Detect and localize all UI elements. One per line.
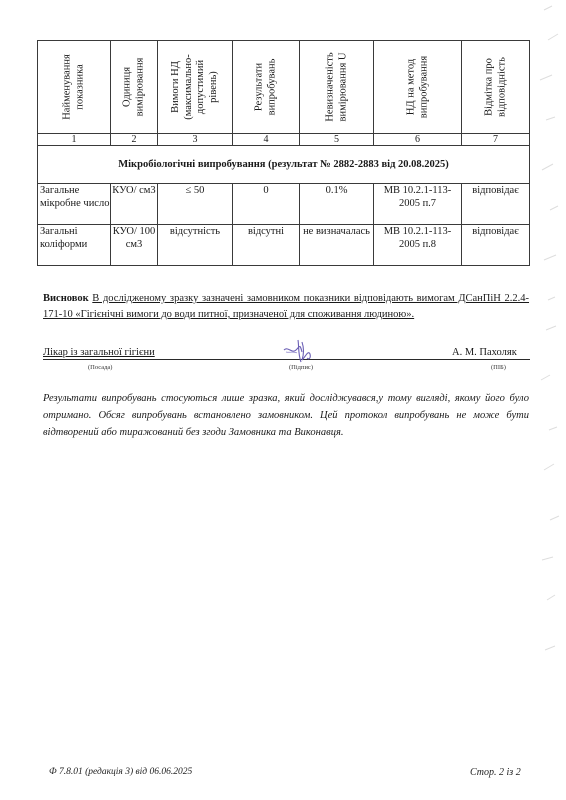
conclusion-text: В дослідженому зразку зазначені замовник… [43, 293, 529, 320]
table-row: Загальне мікробне число КУО/ см3 ≤ 50 0 … [38, 184, 530, 225]
handwritten-signature-icon [282, 338, 322, 364]
cell-indicator: Загальне мікробне число [38, 184, 111, 225]
table-header-row: Найменування показника Одиниця вимірюван… [38, 41, 530, 134]
header-uncertainty: Невизначеність вимірювання U [324, 43, 349, 131]
header-cell: Результати випробувань [233, 41, 300, 134]
signature-caption: (Підпис) [289, 364, 313, 371]
header-cell: Невизначеність вимірювання U [300, 41, 374, 134]
signatory-name: А. М. Пахоляк [452, 347, 517, 358]
cell-uncertainty: 0.1% [300, 184, 374, 225]
header-cell: Відмітка про відповідність [462, 41, 530, 134]
form-reference: Ф 7.8.01 (редакція 3) від 06.06.2025 [49, 767, 192, 777]
header-cell: Одиниця вимірювання [111, 41, 158, 134]
conclusion-label: Висновок [43, 293, 89, 304]
cell-unit: КУО/ 100 см3 [111, 225, 158, 266]
header-unit: Одиниця вимірювання [122, 43, 147, 131]
header-result: Результати випробувань [254, 43, 279, 131]
results-table: Найменування показника Одиниця вимірюван… [37, 40, 530, 266]
cell-uncertainty: не визначалась [300, 225, 374, 266]
name-caption: (ПІБ) [491, 364, 506, 371]
header-indicator: Найменування показника [62, 43, 87, 131]
cell-unit: КУО/ см3 [111, 184, 158, 225]
column-number: 7 [462, 134, 530, 146]
cell-result: відсутні [233, 225, 300, 266]
column-number: 2 [111, 134, 158, 146]
cell-method: МВ 10.2.1-113-2005 п.7 [374, 184, 462, 225]
cell-result: 0 [233, 184, 300, 225]
cell-method: МВ 10.2.1-113-2005 п.8 [374, 225, 462, 266]
scan-noise-decoration [526, 0, 566, 800]
column-number: 3 [158, 134, 233, 146]
position-title: Лікар із загальної гігієни [43, 347, 155, 358]
column-number: 4 [233, 134, 300, 146]
header-compliance: Відмітка про відповідність [483, 43, 508, 131]
cell-compliance: відповідає [462, 184, 530, 225]
section-title: Мікробіологічні випробування (результат … [38, 146, 530, 184]
cell-requirement: відсутність [158, 225, 233, 266]
header-requirement: Вимоги НД (максимально-допустимий рівень… [170, 43, 220, 131]
cell-compliance: відповідає [462, 225, 530, 266]
column-number: 5 [300, 134, 374, 146]
header-cell: Вимоги НД (максимально-допустимий рівень… [158, 41, 233, 134]
section-row: Мікробіологічні випробування (результат … [38, 146, 530, 184]
disclaimer: Результати випробувань стосуються лише з… [43, 390, 529, 441]
conclusion: Висновок В дослідженому зразку зазначені… [43, 291, 529, 323]
header-cell: Найменування показника [38, 41, 111, 134]
cell-requirement: ≤ 50 [158, 184, 233, 225]
header-cell: НД на метод випробування [374, 41, 462, 134]
cell-indicator: Загальні коліформи [38, 225, 111, 266]
table-row: Загальні коліформи КУО/ 100 см3 відсутні… [38, 225, 530, 266]
position-caption: (Посада) [88, 364, 112, 371]
column-number: 6 [374, 134, 462, 146]
column-number-row: 1 2 3 4 5 6 7 [38, 134, 530, 146]
column-number: 1 [38, 134, 111, 146]
header-method: НД на метод випробування [405, 43, 430, 131]
page-number: Стор. 2 із 2 [470, 767, 521, 778]
